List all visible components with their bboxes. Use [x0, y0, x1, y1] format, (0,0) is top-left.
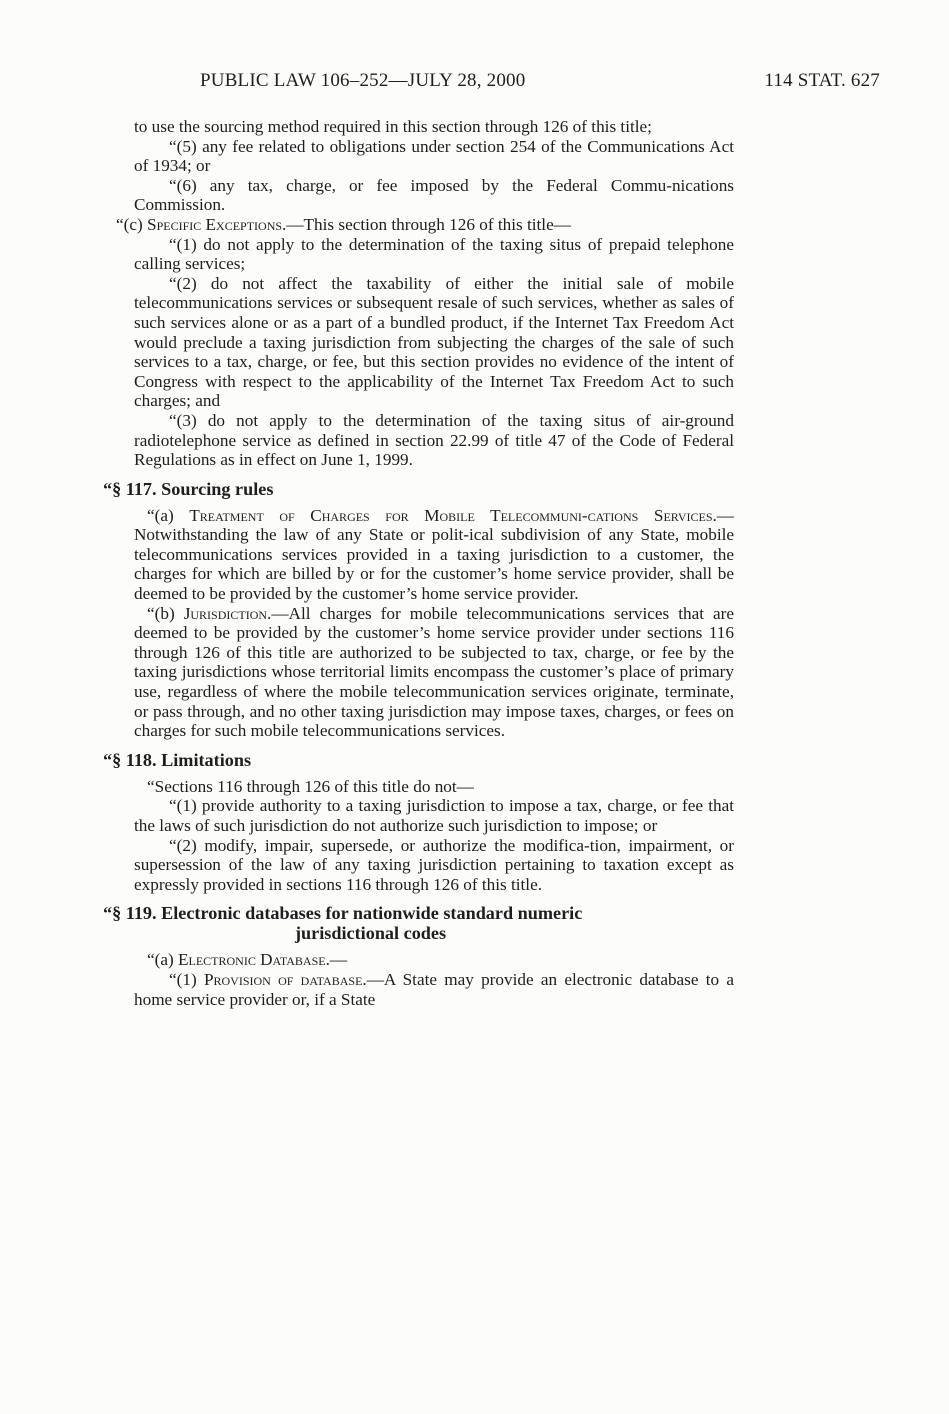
subsection-119a: “(a) Electronic Database.—: [134, 950, 734, 970]
subsection-marker: “(c): [116, 215, 147, 234]
subsection-heading: Electronic Database.: [178, 950, 330, 969]
subsection-marker: “(a): [147, 506, 189, 525]
subsection-117a: “(a) Treatment of Charges for Mobile Tel…: [134, 506, 734, 604]
body-text: to use the sourcing method required in t…: [134, 117, 734, 1009]
paragraph-c1: “(1) do not apply to the determination o…: [134, 235, 734, 274]
subsection-117b: “(b) Jurisdiction.—All charges for mobil…: [134, 604, 734, 741]
subsection-heading: Treatment of Charges for Mobile Telecomm…: [189, 506, 717, 525]
paragraph-118-1: “(1) provide authority to a taxing juris…: [134, 796, 734, 835]
subsection-marker: “(b): [147, 604, 184, 623]
running-head-page-number: 114 STAT. 627: [764, 70, 880, 92]
item-marker: “(5): [169, 137, 197, 156]
section-118-intro: “Sections 116 through 126 of this title …: [134, 777, 734, 797]
item-text: any tax, charge, or fee imposed by the F…: [134, 176, 734, 215]
paragraph-c3: “(3) do not apply to the determination o…: [134, 411, 734, 470]
paragraph-item-5: “(5) any fee related to obligations unde…: [134, 137, 734, 176]
item-marker: “(6): [169, 176, 197, 195]
subsection-heading: Jurisdiction.: [184, 604, 272, 623]
section-118-heading: “§ 118. Limitations: [103, 750, 734, 770]
subsection-text: —This section through 126 of this title—: [286, 215, 571, 234]
document-page: PUBLIC LAW 106–252—JULY 28, 2000 114 STA…: [0, 0, 949, 1414]
subsection-dash: —: [330, 950, 347, 969]
paragraph-marker: “(1): [169, 970, 204, 989]
running-head: PUBLIC LAW 106–252—JULY 28, 2000 114 STA…: [200, 70, 880, 94]
paragraph-continuation: to use the sourcing method required in t…: [134, 117, 734, 137]
subsection-c: “(c) Specific Exceptions.—This section t…: [103, 215, 734, 235]
heading-line-2: jurisdictional codes: [103, 923, 734, 943]
paragraph-119a1: “(1) Provision of database.—A State may …: [134, 970, 734, 1009]
subsection-text: —All charges for mobile telecommunicatio…: [134, 604, 734, 741]
heading-line-1: “§ 119. Electronic databases for nationw…: [103, 903, 582, 923]
section-117-heading: “§ 117. Sourcing rules: [103, 479, 734, 499]
paragraph-item-6: “(6) any tax, charge, or fee imposed by …: [134, 176, 734, 215]
item-text: any fee related to obligations under sec…: [134, 137, 734, 176]
running-head-title: PUBLIC LAW 106–252—JULY 28, 2000: [200, 70, 525, 92]
paragraph-118-2: “(2) modify, impair, supersede, or autho…: [134, 836, 734, 895]
subsection-heading: Specific Exceptions.: [147, 215, 286, 234]
section-119-heading: “§ 119. Electronic databases for nationw…: [103, 903, 734, 943]
paragraph-heading: Provision of database.: [204, 970, 367, 989]
subsection-marker: “(a): [147, 950, 178, 969]
paragraph-c2: “(2) do not affect the taxability of eit…: [134, 274, 734, 411]
